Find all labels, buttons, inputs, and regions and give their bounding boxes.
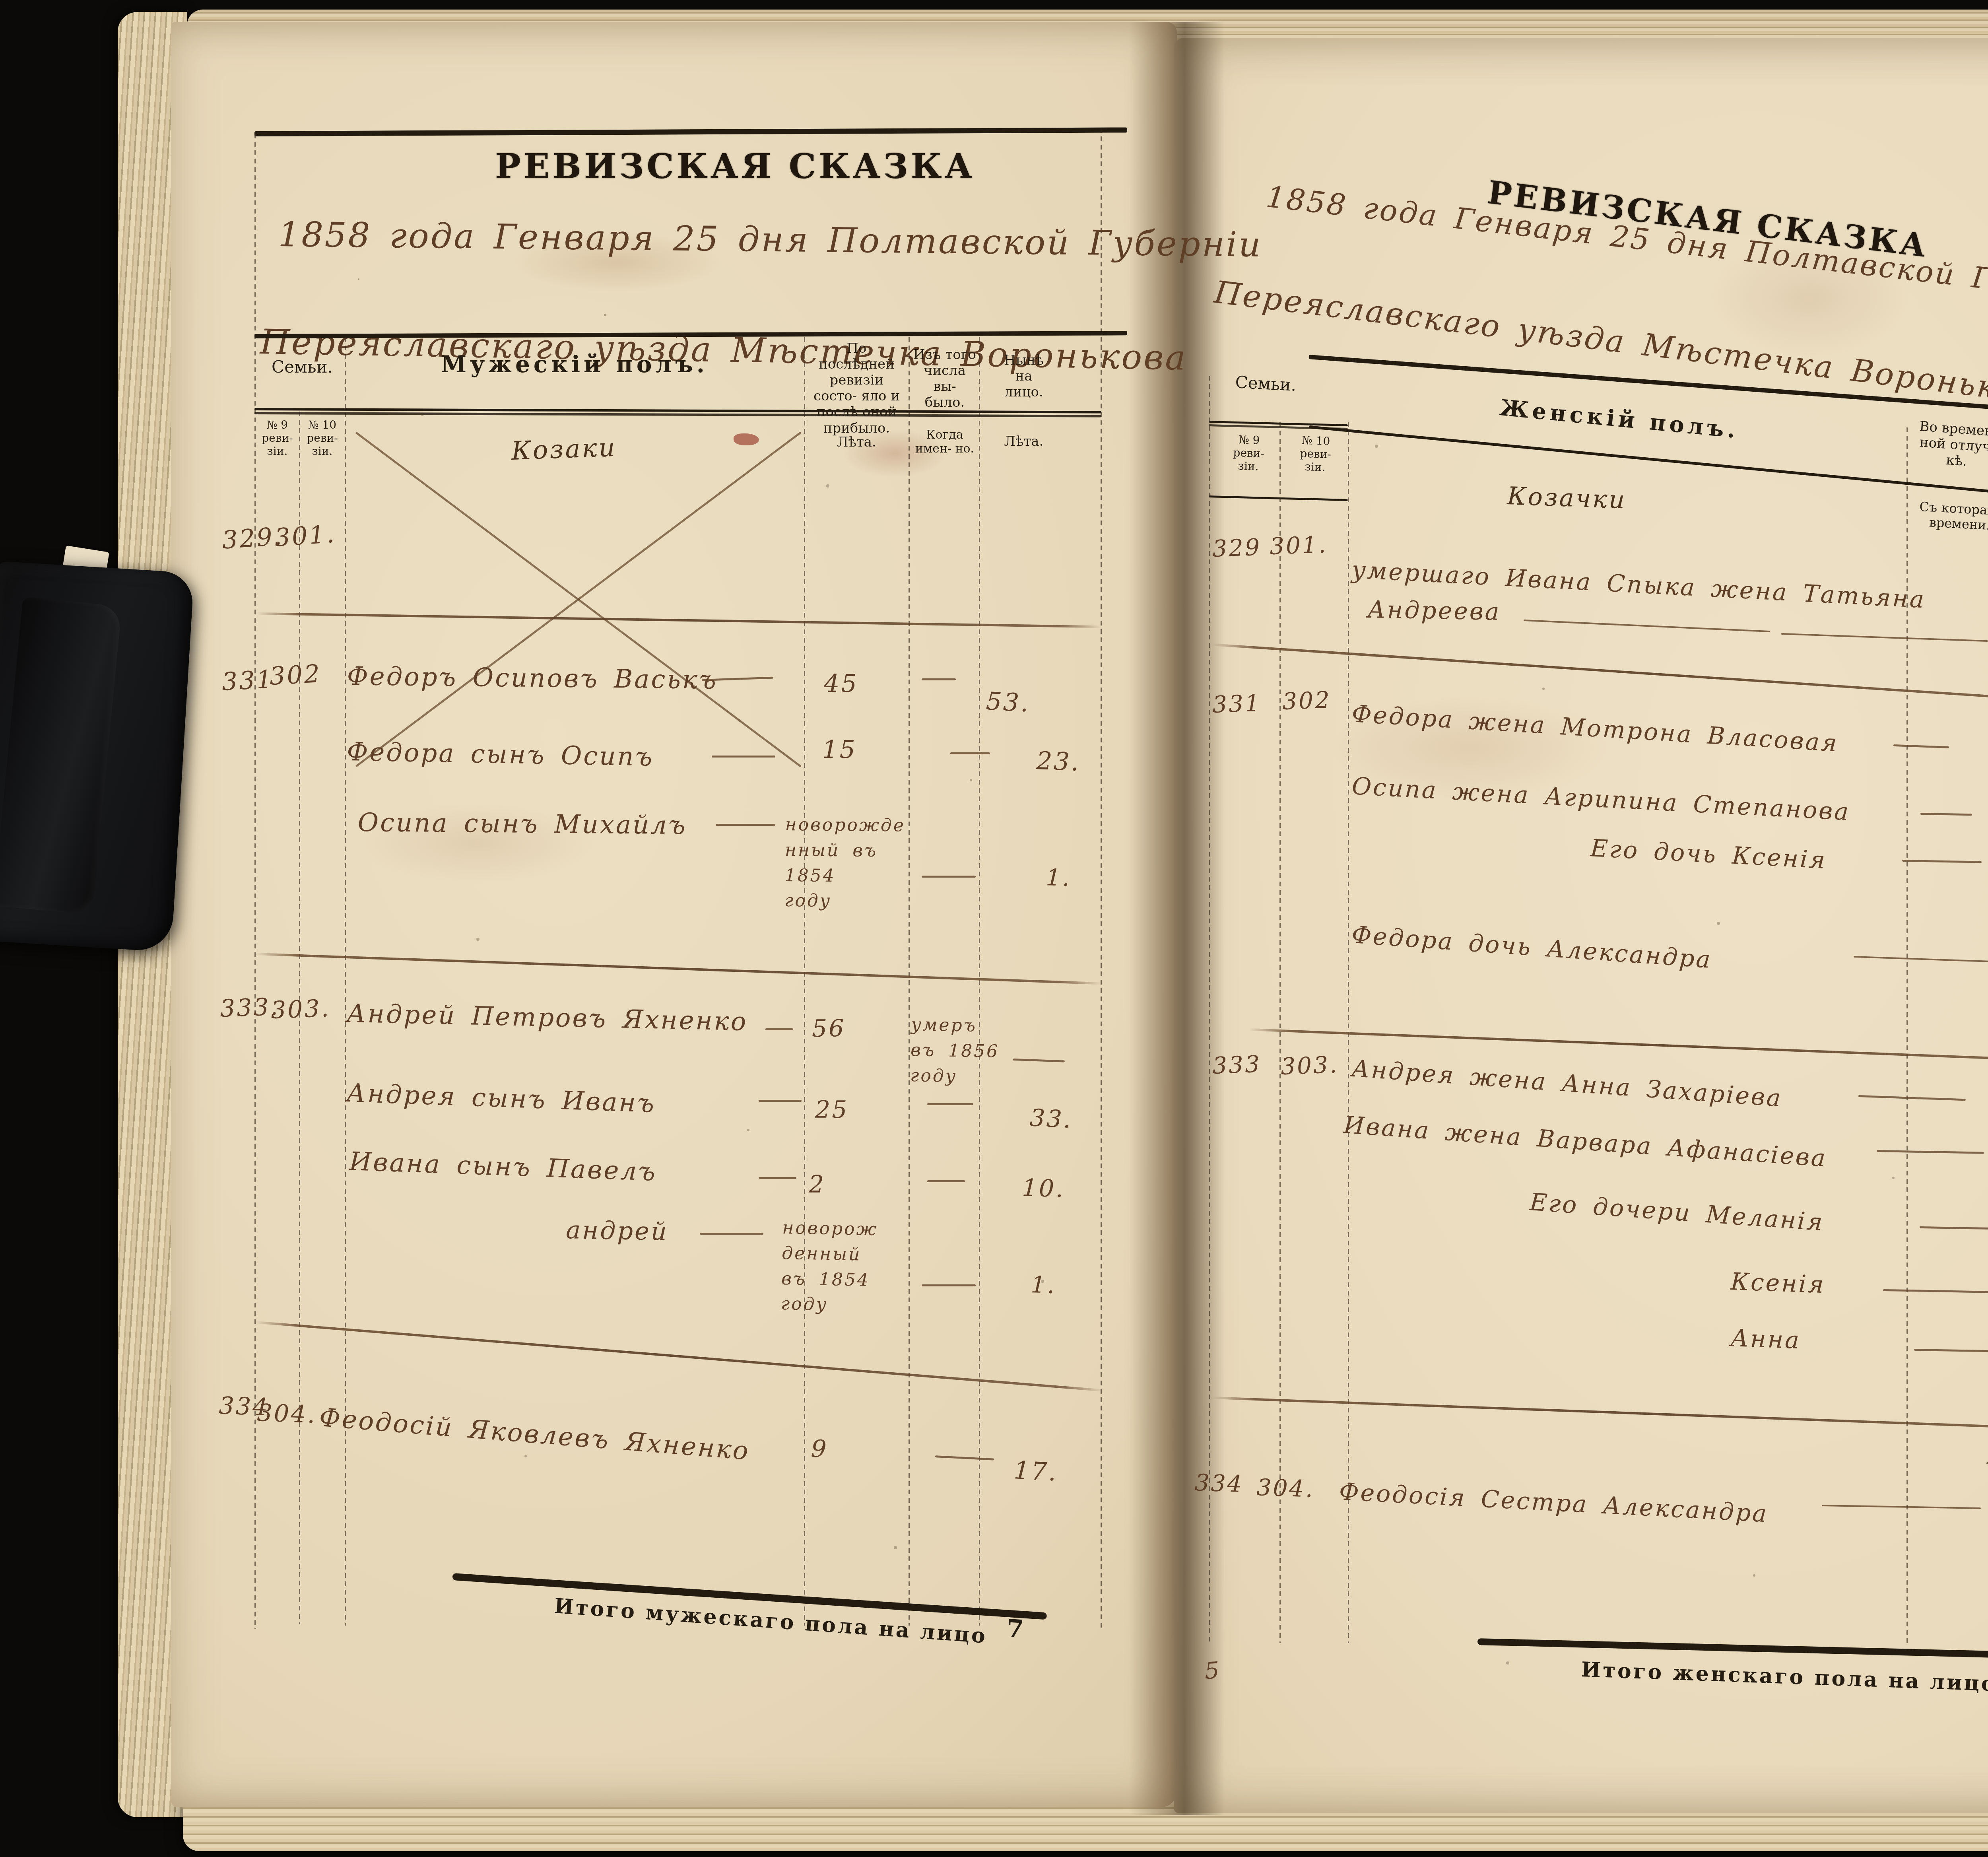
col-header-departed: Изъ того числа вы- было.: [913, 347, 977, 410]
col-header-family: Семьи.: [1235, 372, 1297, 395]
family-number-9th: 333: [1212, 1051, 1262, 1079]
family-number-10th: 301.: [1269, 531, 1328, 560]
ink-dash: [716, 824, 775, 826]
age-previous: 25: [815, 1096, 848, 1124]
col-header-rev10: № 10 реви- зіи.: [301, 418, 343, 458]
age-now: 33.: [1029, 1104, 1073, 1134]
ink-dash: [700, 1233, 763, 1235]
family-number-10th: 301.: [274, 519, 337, 552]
ink-dash: [759, 1100, 802, 1102]
family-number-10th: 304.: [257, 1399, 317, 1429]
category-label: Козачки: [1507, 481, 1627, 514]
col-header-when: Когда имен- но.: [913, 428, 977, 456]
col-line: [1279, 422, 1281, 1643]
corner-mark: 5: [1204, 1657, 1221, 1684]
age-previous: 15: [822, 735, 857, 764]
ink-dash: [922, 1284, 976, 1286]
ink-dash: [950, 752, 990, 754]
age-previous: 45: [824, 669, 858, 698]
ink-dash: [927, 1103, 973, 1105]
birth-note: новорожде нный въ 1854 году: [784, 812, 881, 914]
ink-dash: [927, 1180, 965, 1182]
age-now: 23.: [1036, 746, 1081, 777]
col-header-rev9: № 9 реви- зіи.: [1227, 433, 1270, 474]
family-number-10th: 304.: [1256, 1474, 1315, 1503]
age-previous: 56: [812, 1015, 845, 1043]
paper-speckles: [358, 278, 359, 280]
age-now: 53.: [985, 686, 1031, 718]
age-previous: 2: [809, 1171, 825, 1199]
age-now: 1.: [1031, 1271, 1057, 1299]
col-header-male: Мужескій полъ.: [350, 351, 799, 378]
row-name: андрей: [566, 1215, 669, 1246]
ink-dash: [759, 1177, 796, 1179]
row-name: Анна: [1730, 1324, 1802, 1354]
col-header-family: Семьи.: [262, 357, 342, 377]
col-line: [909, 337, 910, 1626]
row-name: Осипа сынъ Михайлъ: [357, 808, 687, 840]
age-now: 1.: [1046, 864, 1072, 892]
row-name-continued: Андреева: [1367, 596, 1501, 626]
footer-total-value: 7: [1006, 1614, 1025, 1644]
family-number-10th: 302: [1282, 686, 1332, 715]
book-scan: { "book": { "page_number_ink": "736", "p…: [0, 0, 1988, 1857]
col-line: [1209, 376, 1210, 1644]
age-previous: 9: [810, 1435, 829, 1463]
age-now: 10.: [1022, 1174, 1066, 1203]
ink-dash: [712, 756, 775, 758]
row-name: Федоръ Осиповъ Васькъ: [347, 662, 718, 695]
family-number-9th: 331: [221, 664, 274, 696]
row-name: Ксенія: [1730, 1268, 1826, 1299]
col-line: [804, 337, 805, 1626]
revision-title: РЕВИЗСКАЯ СКАЗКА: [495, 146, 975, 186]
birth-note: новорож денный въ 1854 году: [781, 1215, 878, 1318]
age-now: 17.: [1013, 1455, 1058, 1487]
col-header-since: Съ котораго времени.: [1912, 499, 1988, 534]
family-number-10th: 303.: [270, 995, 331, 1024]
ink-dash: [765, 1028, 793, 1030]
gutter-shadow: [1129, 22, 1225, 1815]
col-line: [979, 337, 980, 1626]
category-label: Козаки: [511, 433, 617, 466]
family-number-9th: 334: [1194, 1469, 1244, 1498]
col-header-rev10: № 10 реви- зіи.: [1294, 433, 1337, 474]
left-page: [171, 22, 1177, 1807]
col-header-years-prev: Лѣта.: [808, 434, 905, 450]
death-note: умеръ въ 1856 году: [910, 1012, 1011, 1090]
family-number-9th: 331: [1212, 690, 1262, 718]
col-header-last-revision: По послѣдней ревизіи состо- яло и послѣ …: [808, 340, 905, 436]
family-number-10th: 303.: [1280, 1051, 1339, 1080]
clip-inner-band: [0, 597, 122, 915]
ink-dash: [922, 876, 976, 878]
book-clip: [0, 561, 194, 952]
col-header-absence: Во времен- ной отлуч- кѣ.: [1916, 418, 1988, 472]
family-number-10th: 302: [269, 659, 322, 691]
family-number-9th: 329: [1212, 534, 1262, 562]
col-header-present: Нынѣ на лицо.: [994, 352, 1054, 400]
col-header-years-now: Лѣта.: [994, 433, 1054, 449]
col-header-rev9: № 9 реви- зіи.: [256, 418, 298, 458]
ink-dash: [922, 678, 956, 680]
row-name: Федора сынъ Осипъ: [347, 737, 654, 772]
